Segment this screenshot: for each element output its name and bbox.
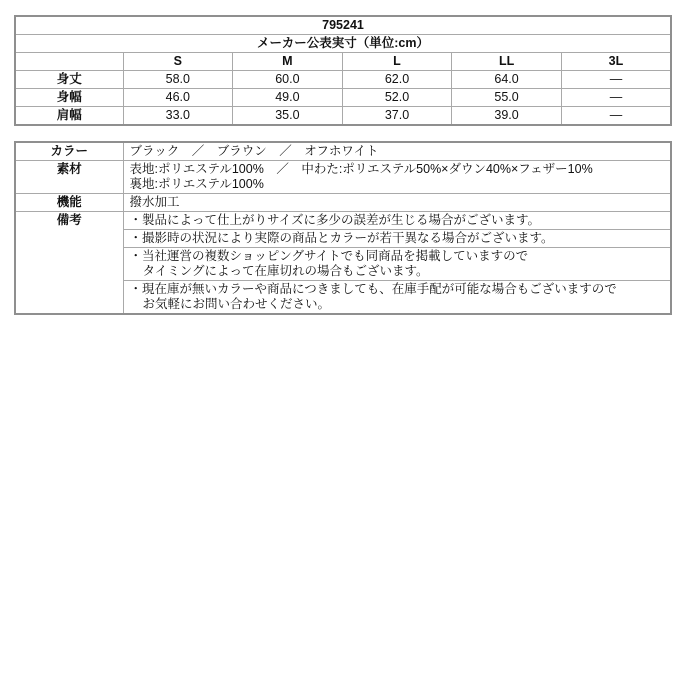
spec-label-notes: 備考 [15, 212, 123, 315]
size-value-cell: 62.0 [342, 71, 452, 89]
spec-value-color: ブラック ／ ブラウン ／ オフホワイト [123, 142, 671, 161]
size-col-header-3l: 3L [561, 53, 671, 71]
spec-row-color: カラー ブラック ／ ブラウン ／ オフホワイト [15, 142, 671, 161]
material-line: 表地:ポリエステル100% ／ 中わた:ポリエステル50%×ダウン40%×フェザ… [130, 162, 668, 177]
size-value-cell: 35.0 [233, 107, 343, 126]
note-row: 備考 ・製品によって仕上がりサイズに多少の誤差が生じる場合がございます。 [15, 212, 671, 230]
size-row-label: 身幅 [15, 89, 123, 107]
note-item: ・当社運営の複数ショッピングサイトでも同商品を掲載していますので タイミングによ… [123, 248, 671, 281]
spec-value-function: 撥水加工 [123, 194, 671, 212]
note-line: ・現在庫が無いカラーや商品につきましても、在庫手配が可能な場合もございますので [130, 282, 668, 297]
size-value-cell: 58.0 [123, 71, 233, 89]
size-value-cell: 64.0 [452, 71, 562, 89]
product-code: 795241 [15, 16, 671, 35]
size-value-cell: ― [561, 89, 671, 107]
size-value-cell: ― [561, 107, 671, 126]
note-line: タイミングによって在庫切れの場合もございます。 [130, 264, 668, 279]
spec-row-material: 素材 表地:ポリエステル100% ／ 中わた:ポリエステル50%×ダウン40%×… [15, 161, 671, 194]
size-value-cell: 49.0 [233, 89, 343, 107]
size-row-body-width: 身幅 46.0 49.0 52.0 55.0 ― [15, 89, 671, 107]
table-row: メーカー公表実寸（単位:cm） [15, 35, 671, 53]
size-row-label: 肩幅 [15, 107, 123, 126]
tables-container: 795241 メーカー公表実寸（単位:cm） S M L LL 3L 身丈 58… [14, 15, 672, 315]
note-line: ・撮影時の状況により実際の商品とカラーが若干異なる場合がございます。 [130, 231, 668, 246]
spec-label-function: 機能 [15, 194, 123, 212]
spec-row-function: 機能 撥水加工 [15, 194, 671, 212]
size-header-empty-cell [15, 53, 123, 71]
size-value-cell: 39.0 [452, 107, 562, 126]
material-line: 裏地:ポリエステル100% [130, 177, 668, 192]
spec-label-material: 素材 [15, 161, 123, 194]
size-header-row: S M L LL 3L [15, 53, 671, 71]
detail-table: カラー ブラック ／ ブラウン ／ オフホワイト 素材 表地:ポリエステル100… [14, 141, 672, 315]
size-row-label: 身丈 [15, 71, 123, 89]
size-table-title: メーカー公表実寸（単位:cm） [15, 35, 671, 53]
spec-value-material: 表地:ポリエステル100% ／ 中わた:ポリエステル50%×ダウン40%×フェザ… [123, 161, 671, 194]
size-col-header-s: S [123, 53, 233, 71]
spec-label-color: カラー [15, 142, 123, 161]
size-col-header-l: L [342, 53, 452, 71]
size-value-cell: 37.0 [342, 107, 452, 126]
size-value-cell: ― [561, 71, 671, 89]
size-value-cell: 46.0 [123, 89, 233, 107]
note-item: ・製品によって仕上がりサイズに多少の誤差が生じる場合がございます。 [123, 212, 671, 230]
table-row: 795241 [15, 16, 671, 35]
note-item: ・撮影時の状況により実際の商品とカラーが若干異なる場合がございます。 [123, 230, 671, 248]
size-col-header-m: M [233, 53, 343, 71]
product-spec-page: 795241 メーカー公表実寸（単位:cm） S M L LL 3L 身丈 58… [0, 0, 690, 690]
note-item: ・現在庫が無いカラーや商品につきましても、在庫手配が可能な場合もございますので … [123, 281, 671, 315]
note-line: ・製品によって仕上がりサイズに多少の誤差が生じる場合がございます。 [130, 213, 668, 228]
size-value-cell: 33.0 [123, 107, 233, 126]
note-line: お気軽にお問い合わせください。 [130, 297, 668, 312]
size-row-body-length: 身丈 58.0 60.0 62.0 64.0 ― [15, 71, 671, 89]
note-line: ・当社運営の複数ショッピングサイトでも同商品を掲載していますので [130, 249, 668, 264]
size-value-cell: 60.0 [233, 71, 343, 89]
size-value-cell: 52.0 [342, 89, 452, 107]
size-col-header-ll: LL [452, 53, 562, 71]
size-row-shoulder-width: 肩幅 33.0 35.0 37.0 39.0 ― [15, 107, 671, 126]
size-value-cell: 55.0 [452, 89, 562, 107]
size-table: 795241 メーカー公表実寸（単位:cm） S M L LL 3L 身丈 58… [14, 15, 672, 126]
